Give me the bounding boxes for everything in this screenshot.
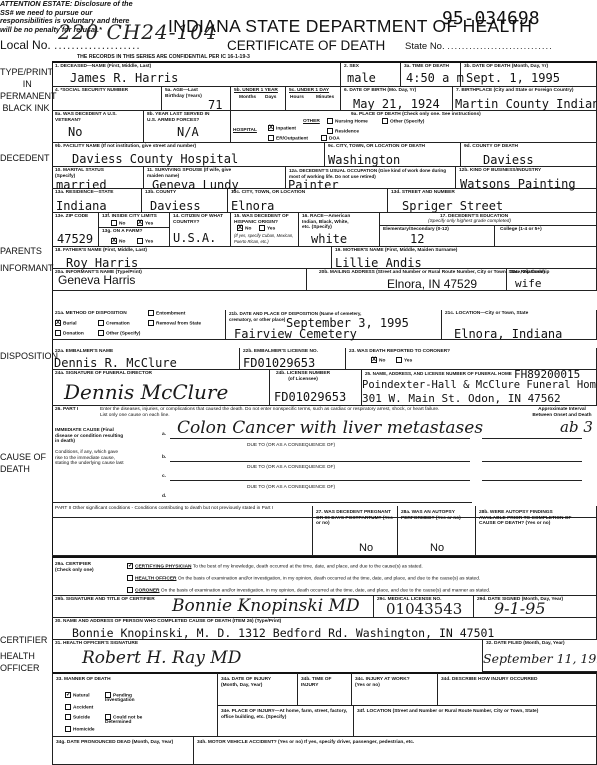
certificate-number: 95-034698	[442, 8, 540, 29]
confidential-note: THE RECORDS IN THIS SERIES ARE CONFIDENT…	[77, 54, 250, 60]
removal-checkbox[interactable]	[148, 320, 154, 326]
farm-yes-checkbox[interactable]	[137, 238, 143, 244]
field-sex[interactable]: 2. SEX male	[341, 63, 401, 87]
field-zip[interactable]: 13e. ZIP CODE 47529	[52, 213, 99, 247]
label: 32. DATE FILED (Month, Day, Year)	[486, 641, 565, 647]
city-limits-yes-checkbox[interactable]: X	[137, 220, 143, 226]
label: 20c. Relationship	[510, 270, 549, 276]
interval-value: ab 3 years	[560, 418, 597, 436]
field-date-pronounced[interactable]: 34g. DATE PRONOUNCED DEAD (Month, Day, Y…	[52, 737, 194, 765]
residence-option[interactable]: Residence	[327, 128, 359, 134]
other-disposition-option[interactable]: Other (Specify)	[98, 330, 140, 336]
field-residence-city[interactable]: 13c. CITY, TOWN, OR LOCATION Elnora	[228, 189, 388, 213]
label: 1. DECEASED—NAME (First, Middle, Last)	[55, 64, 151, 70]
label: Residence	[335, 129, 359, 134]
field-certifier-signature[interactable]: 29b. SIGNATURE AND TITLE OF CERTIFIER Bo…	[52, 596, 374, 618]
city-limits-no-checkbox[interactable]	[111, 220, 117, 226]
label: Nursing Home	[335, 119, 368, 124]
funeral-director-signature: Dennis McClure	[64, 380, 228, 404]
hispanic-yes[interactable]: Yes	[259, 225, 275, 231]
undetermined-checkbox[interactable]	[105, 714, 111, 720]
farm-no[interactable]: XNo	[111, 238, 125, 244]
county-of-death-value: Daviess	[483, 153, 534, 167]
label: 13b. COUNTY	[145, 190, 176, 196]
section-disposition: DISPOSITION	[0, 350, 58, 362]
label: 14. CITIZEN OF WHAT COUNTRY?	[173, 214, 228, 225]
label: DUE TO (OR AS A CONSEQUENCE OF)	[247, 443, 335, 449]
homicide-option[interactable]: Homicide	[65, 726, 95, 732]
field-motor-vehicle-accident[interactable]: 34h. MOTOR VEHICLE ACCIDENT? (Yes or no)…	[194, 737, 597, 765]
label: a.	[162, 432, 166, 438]
suicide-checkbox[interactable]	[65, 714, 71, 720]
funeral-home-address: 301 W. Main St. Odon, IN 47562	[362, 392, 561, 405]
field-mailing-address[interactable]: 20b. MAILING ADDRESS (Street and Number …	[307, 269, 507, 291]
field-funeral-home[interactable]: 25. NAME, ADDRESS, AND LICENSE NUMBER OF…	[362, 370, 597, 406]
field-date-of-injury[interactable]: 34a. DATE OF INJURY (Month, Day, Year)	[218, 672, 298, 706]
donation-option[interactable]: Donation	[55, 330, 84, 336]
field-marital-status[interactable]: 10. MARITAL STATUS (Specify) married	[52, 167, 144, 189]
field-certifier[interactable]: 29a. CERTIFIER (Check only one) ✓CERTIFY…	[52, 556, 597, 596]
label: Burial	[63, 321, 77, 326]
field-education[interactable]: 17. DECEDENT'S EDUCATION (Specify only h…	[380, 213, 597, 247]
state-no-label: State No. .............................	[405, 41, 553, 52]
other-disposition-checkbox[interactable]	[98, 330, 104, 336]
field-street[interactable]: 13d. STREET AND NUMBER Spriger Street	[388, 189, 597, 213]
label: No	[379, 358, 385, 363]
coroner-checkbox[interactable]	[127, 587, 133, 593]
label: 9b. FACILITY NAME (If not institution, g…	[55, 144, 196, 150]
label: Yes	[145, 221, 153, 226]
field-business[interactable]: 12b. KIND OF BUSINESS/INDUSTRY Watsons P…	[456, 167, 597, 189]
label: Months	[239, 95, 256, 101]
label: 15. WAS DECEDENT OF HISPANIC ORIGIN?	[234, 214, 298, 225]
label: DOA	[329, 136, 340, 141]
field-injury-location[interactable]: 34f. LOCATION (Street and Number or Rura…	[354, 706, 597, 737]
cremation-checkbox[interactable]	[98, 320, 104, 326]
inpatient-checkbox[interactable]: X	[268, 125, 274, 131]
label: 21a. METHOD OF DISPOSITION	[55, 311, 127, 317]
coroner-option[interactable]: CORONER On the basis of examination and/…	[127, 587, 490, 593]
field-autopsy-findings[interactable]: 28b. WERE AUTOPSY FINDINGS AVAILABLE PRI…	[476, 506, 597, 556]
label: 13e. ZIP CODE	[55, 214, 88, 220]
field-time-of-death[interactable]: 3a. TIME OF DEATH 4:50 a m	[401, 63, 461, 87]
label: Other (Specify)	[390, 119, 424, 124]
label: Inpatient	[276, 126, 296, 131]
label: 34c. INJURY AT WORK? (Yes or no)	[355, 677, 415, 688]
label: 34b. TIME OF INJURY	[301, 677, 341, 688]
section-certifier: CERTIFIER	[0, 634, 47, 646]
accident-option[interactable]: Accident	[65, 704, 93, 710]
mother-name-value: Lillie Andis	[335, 256, 422, 270]
label: 8a. WAS DECEDENT A U.S. VETERAN?	[55, 112, 125, 123]
label: College (1-4 or 5+)	[500, 227, 542, 233]
field-autopsy[interactable]: 28a. WAS AN AUTOPSY PERFORMED? (Yes or n…	[398, 506, 476, 556]
medical-license-value: 01043543	[386, 600, 462, 618]
field-ssn[interactable]: 4. *SOCIAL SECURITY NUMBER	[52, 87, 162, 111]
street-value: Spriger Street	[402, 199, 503, 213]
city-limits-yes[interactable]: XYes	[137, 220, 153, 226]
field-medical-license[interactable]: 29c. MEDICAL LICENSE NO. 01043543	[374, 596, 474, 618]
field-under-1-day[interactable]: 5c. UNDER 1 DAY Hours Minutes	[286, 87, 341, 111]
label: 24a. SIGNATURE OF FUNERAL DIRECTOR	[55, 371, 152, 377]
field-deceased-name[interactable]: 1. DECEASED—NAME (First, Middle, Last) J…	[52, 63, 341, 87]
label: Yes	[404, 358, 412, 363]
part2-area[interactable]	[52, 518, 312, 556]
label: No	[245, 226, 251, 231]
label: 33. MANNER OF DEATH	[56, 677, 111, 683]
label: c.	[162, 474, 166, 480]
facility-name-value: Daviess County Hospital	[72, 152, 238, 166]
label: DUE TO (OR AS A CONSEQUENCE OF)	[247, 485, 335, 491]
label: 9a. PLACE OF DEATH (Check only one. See …	[351, 112, 481, 118]
er-checkbox[interactable]	[268, 135, 274, 141]
coroner-no-checkbox[interactable]: X	[371, 357, 377, 363]
label: On the basis of examination and/or inves…	[161, 588, 490, 593]
section-parents: PARENTS	[0, 245, 42, 257]
informant-name-value: Geneva Harris	[58, 273, 135, 287]
time-of-death-value: 4:50 a m	[406, 71, 464, 85]
label: 18. FATHER'S NAME (First, Middle, Last)	[55, 248, 147, 254]
hospital-label: HOSPITAL	[233, 128, 257, 133]
label: 22a. EMBALMER'S NAME	[55, 349, 113, 355]
label: On the basis of examination and/or inves…	[178, 576, 480, 581]
label: 13d. STREET AND NUMBER	[391, 190, 455, 196]
label: Yes	[267, 226, 275, 231]
citizenship-value: U.S.A.	[173, 231, 216, 245]
label: (Specify only highest grade completed)	[428, 219, 511, 225]
date-of-birth-value: May 21, 1924	[353, 97, 440, 111]
label: Natural	[73, 693, 90, 698]
burial-option[interactable]: XBurial	[55, 320, 77, 326]
label: 22b. EMBALMER'S LICENSE NO.	[243, 349, 318, 355]
field-residence-county[interactable]: 13b. COUNTY Daviess	[142, 189, 228, 213]
education-value: 12	[410, 232, 424, 246]
field-place-of-death[interactable]: 9a. PLACE OF DEATH (Check only one. See …	[231, 111, 597, 143]
field-embalmer-license[interactable]: 22b. EMBALMER'S LICENSE NO. FD01029653	[240, 348, 346, 370]
label: CERTIFYING PHYSICIAN	[135, 564, 192, 569]
label: Days	[265, 95, 276, 101]
field-veteran[interactable]: 8a. WAS DECEDENT A U.S. VETERAN? No	[52, 111, 144, 143]
label: 19. MOTHER'S NAME (First, Middle, Maiden…	[335, 248, 457, 254]
section-health-officer: HEALTH OFFICER	[0, 650, 40, 674]
funeral-license-value: FD01029653	[274, 390, 346, 404]
field-health-officer-signature[interactable]: 31. HEALTH OFFICER'S SIGNATURE Robert H.…	[52, 640, 532, 672]
residence-checkbox[interactable]	[327, 128, 333, 134]
label: 13f. INSIDE CITY LIMITS	[102, 214, 157, 220]
er-option[interactable]: ER/Outpatient	[268, 135, 308, 141]
hispanic-no-checkbox[interactable]: X	[237, 225, 243, 231]
label: 28a. WAS AN AUTOPSY PERFORMED? (Yes or n…	[401, 510, 471, 521]
label: 23. WAS DEATH REPORTED TO CORONER?	[349, 349, 450, 355]
embalmer-name-value: Dennis R. McClure	[54, 356, 177, 370]
field-disposition-date-place[interactable]: 21b. DATE AND PLACE OF DISPOSITION (Name…	[226, 310, 442, 340]
label: DUE TO (OR AS A CONSEQUENCE OF)	[247, 465, 335, 471]
city-of-death-value: Washington	[328, 153, 400, 167]
field-on-farm[interactable]: 13g. ON A FARM? XNo Yes	[99, 228, 170, 247]
date-of-death-value: Sept. 1, 1995	[466, 71, 560, 85]
pregnant-value: No	[359, 542, 373, 554]
city-limits-no[interactable]: No	[111, 220, 125, 226]
deceased-name-value: James R. Harris	[70, 71, 178, 85]
label: 34h. MOTOR VEHICLE ACCIDENT? (Yes or no)…	[197, 740, 414, 746]
section-informant: INFORMANT	[0, 262, 54, 274]
label: Minutes	[316, 95, 334, 101]
label: 9c. CITY, TOWN, OR LOCATION OF DEATH	[328, 144, 425, 150]
label: 16. RACE—American Indian, Black, White, …	[302, 214, 357, 231]
label: Donation	[63, 331, 84, 336]
disposition-place-value: Fairview Cemetery	[234, 327, 357, 341]
field-residence-state[interactable]: 13a. RESIDENCE—STATE Indiana	[52, 189, 142, 213]
birthplace-value: Martin County Indiana	[455, 97, 597, 111]
field-citizenship[interactable]: 14. CITIZEN OF WHAT COUNTRY? U.S.A.	[170, 213, 231, 247]
field-age[interactable]: 5a. AGE—Last Birthday (Years) 71	[162, 87, 231, 111]
label: 13g. ON A FARM?	[102, 229, 142, 235]
label: Yes	[145, 239, 153, 244]
label: 34d. DESCRIBE HOW INJURY OCCURRED	[441, 677, 537, 683]
label: CORONER	[135, 588, 160, 593]
label: 9d. COUNTY OF DEATH	[464, 144, 518, 150]
residence-city-value: Elnora	[231, 199, 274, 213]
field-funeral-director-signature[interactable]: 24a. SIGNATURE OF FUNERAL DIRECTOR Denni…	[52, 370, 270, 406]
label: 3a. TIME OF DEATH	[404, 64, 449, 70]
field-date-of-death[interactable]: 3b. DATE OF DEATH (Month, Day, Yr) Sept.…	[461, 63, 597, 87]
other-label: OTHER	[303, 119, 320, 124]
zip-value: 47529	[57, 232, 93, 246]
removal-option[interactable]: Removal from State	[148, 320, 201, 326]
race-value: white	[311, 232, 347, 246]
field-father-name[interactable]: 18. FATHER'S NAME (First, Middle, Last) …	[52, 247, 332, 269]
label: 34a. DATE OF INJURY (Month, Day, Year)	[221, 677, 281, 688]
field-disposition-location[interactable]: 21c. LOCATION—City or Town, State Elnora…	[442, 310, 597, 340]
field-mother-name[interactable]: 19. MOTHER'S NAME (First, Middle, Maiden…	[332, 247, 597, 269]
instructions: Enter the diseases, injuries, or complic…	[100, 407, 440, 418]
farm-yes[interactable]: Yes	[137, 238, 153, 244]
label: 2. SEX	[344, 64, 359, 70]
field-surviving-spouse[interactable]: 11. SURVIVING SPOUSE (If wife, give maid…	[144, 167, 286, 189]
label: Other (Specify)	[106, 331, 140, 336]
inpatient-option[interactable]: XInpatient	[268, 125, 296, 131]
disposition-location-value: Elnora, Indiana	[454, 327, 562, 341]
field-embalmer-name[interactable]: 22a. EMBALMER'S NAME Dennis R. McClure	[52, 348, 240, 370]
label: Suicide	[73, 715, 90, 720]
immediate-cause-value: Colon Cancer with liver metastases	[177, 418, 483, 438]
cause-of-death-part1: 26. PART I Enter the diseases, injuries,…	[52, 406, 597, 518]
field-date-signed[interactable]: 29d. DATE SIGNED (Month, Day, Year) 9-1-…	[474, 596, 597, 618]
label: 7. BIRTHPLACE (City and State or Foreign…	[456, 88, 574, 94]
field-place-of-injury[interactable]: 34e. PLACE OF INJURY—At home, farm, stre…	[218, 706, 354, 737]
sex-value: male	[347, 71, 376, 85]
pending-checkbox[interactable]	[105, 692, 111, 698]
section-cause-of-death: CAUSE OF DEATH	[0, 451, 46, 475]
label: 21c. LOCATION—City or Town, State	[445, 311, 528, 317]
label: 26. PART I	[55, 407, 78, 413]
label: 8b. YEAR LAST SERVED IN U.S. ARMED FORCE…	[147, 112, 217, 123]
label: 29b. SIGNATURE AND TITLE OF CERTIFIER	[55, 597, 155, 603]
field-date-of-birth[interactable]: 6. DATE OF BIRTH (Mo. Day, Yr) May 21, 1…	[341, 87, 453, 111]
health-officer-signature: Robert H. Ray MD	[82, 648, 241, 668]
doa-checkbox[interactable]	[321, 135, 327, 141]
entombment-option[interactable]: Entombment	[148, 310, 185, 316]
certificate-title: CERTIFICATE OF DEATH	[227, 38, 385, 53]
residence-county-value: Daviess	[150, 199, 201, 213]
label: 24b. LICENSE NUMBER (of Licensee)	[273, 371, 333, 382]
label: 28b. WERE AUTOPSY FINDINGS AVAILABLE PRI…	[479, 510, 579, 527]
funeral-home-name: Poindexter-Hall & McClure Funeral Home	[362, 379, 597, 391]
burial-checkbox[interactable]: X	[55, 320, 61, 326]
label: Removal from State	[156, 321, 201, 326]
doa-option[interactable]: DOA	[321, 135, 340, 141]
field-manner-of-death[interactable]: 33. MANNER OF DEATH ✓Natural Accident Su…	[52, 672, 218, 737]
label: Entombment	[156, 311, 185, 316]
label: d.	[162, 494, 166, 500]
field-date-filed[interactable]: 32. DATE FILED (Month, Day, Year) Septem…	[482, 640, 597, 672]
accident-checkbox[interactable]	[65, 704, 71, 710]
homicide-checkbox[interactable]	[65, 726, 71, 732]
hispanic-yes-checkbox[interactable]	[259, 225, 265, 231]
label: 34e. PLACE OF INJURY—At home, farm, stre…	[221, 709, 351, 720]
label: Cremation	[106, 321, 130, 326]
label: Accident	[73, 705, 93, 710]
natural-option[interactable]: ✓Natural	[65, 692, 90, 698]
section-decedent: DECEDENT	[0, 152, 50, 164]
field-city-of-death[interactable]: 9c. CITY, TOWN, OR LOCATION OF DEATH Was…	[325, 143, 461, 167]
coroner-yes[interactable]: Yes	[396, 357, 412, 363]
label: 4. *SOCIAL SECURITY NUMBER	[55, 88, 128, 94]
label: 30. NAME AND ADDRESS OF PERSON WHO COMPL…	[55, 619, 281, 625]
other-checkbox[interactable]	[382, 118, 388, 124]
hispanic-no[interactable]: XNo	[237, 225, 251, 231]
label: 13a. RESIDENCE—STATE	[55, 190, 113, 196]
field-under-1-year[interactable]: 5b. UNDER 1 YEAR Months Days	[231, 87, 286, 111]
relationship-value: wife	[515, 277, 542, 290]
date-signed-value: 9-1-95	[494, 599, 546, 618]
field-facility-name[interactable]: 9b. FACILITY NAME (If not institution, g…	[52, 143, 325, 167]
label: 27. WAS DECEDENT PREGNANT OR 90 DAYS POS…	[316, 510, 394, 527]
year-served-value: N/A	[177, 125, 199, 139]
field-inside-city-limits[interactable]: 13f. INSIDE CITY LIMITS No XYes	[99, 213, 170, 228]
nursing-checkbox[interactable]	[327, 118, 333, 124]
veteran-value: No	[68, 125, 82, 139]
field-relationship[interactable]: 20c. Relationship wife	[507, 269, 597, 291]
completed-by-value: Bonnie Knopinski, M. D. 1312 Bedford Rd.…	[72, 626, 494, 640]
label: Hours	[290, 95, 304, 101]
other-specify-option[interactable]: Other (Specify)	[382, 118, 424, 124]
field-coroner-reported[interactable]: 23. WAS DEATH REPORTED TO CORONER? XNo Y…	[346, 348, 597, 370]
label: No	[119, 239, 125, 244]
coroner-no[interactable]: XNo	[371, 357, 385, 363]
label: (If yes, specify Cuban, Mexican, Puerto …	[234, 233, 298, 244]
label: IMMEDIATE CAUSE (Final disease or condit…	[55, 428, 125, 445]
physician-checkbox[interactable]: ✓	[127, 563, 133, 569]
field-occupation[interactable]: 12a. DECEDENT'S USUAL OCCUPATION (Give k…	[286, 167, 456, 189]
label: 34f. LOCATION (Street and Number or Rura…	[357, 709, 538, 715]
residence-state-value: Indiana	[56, 199, 107, 213]
label: 25. NAME, ADDRESS, AND LICENSE NUMBER OF…	[365, 371, 512, 377]
field-funeral-license[interactable]: 24b. LICENSE NUMBER (of Licensee) FD0102…	[270, 370, 362, 406]
field-time-of-injury[interactable]: 34b. TIME OF INJURY	[298, 672, 352, 706]
label: Conditions, if any, which gave rise to t…	[55, 450, 125, 467]
cremation-option[interactable]: Cremation	[98, 320, 130, 326]
label: 6. DATE OF BIRTH (Mo. Day, Yr)	[344, 88, 416, 94]
label: b.	[162, 455, 166, 461]
label: 3b. DATE OF DEATH (Month, Day, Yr)	[464, 64, 548, 70]
certifier-signature: Bonnie Knopinski MD	[172, 596, 360, 616]
label: 12b. KIND OF BUSINESS/INDUSTRY	[459, 168, 541, 174]
field-county-of-death[interactable]: 9d. COUNTY OF DEATH Daviess	[461, 143, 597, 167]
field-completed-by[interactable]: 30. NAME AND ADDRESS OF PERSON WHO COMPL…	[52, 618, 597, 640]
donation-checkbox[interactable]	[55, 330, 61, 336]
health-officer-option[interactable]: HEALTH OFFICER On the basis of examinati…	[127, 575, 480, 581]
field-hispanic-origin[interactable]: 15. WAS DECEDENT OF HISPANIC ORIGIN? XNo…	[231, 213, 299, 247]
field-birthplace[interactable]: 7. BIRTHPLACE (City and State or Foreign…	[453, 87, 597, 111]
label: 34g. DATE PRONOUNCED DEAD (Month, Day, Y…	[56, 740, 173, 746]
health-officer-checkbox[interactable]	[127, 575, 133, 581]
label: 5c. UNDER 1 DAY	[289, 88, 329, 94]
label: 29a. CERTIFIER (Check only one)	[55, 562, 105, 573]
field-year-served[interactable]: 8b. YEAR LAST SERVED IN U.S. ARMED FORCE…	[144, 111, 231, 143]
part2-label: PART II Other significant conditions - C…	[55, 506, 273, 512]
date-filed-value: September 11, 1995	[483, 651, 597, 666]
age-value: 71	[208, 98, 222, 112]
label: To the best of my knowledge, death occur…	[193, 564, 423, 569]
undetermined-option[interactable]: Could not be Determined	[105, 714, 155, 725]
label: Approximate Interval Between Onset and D…	[532, 407, 592, 418]
embalmer-license-value: FD01029653	[243, 356, 315, 370]
field-pregnant[interactable]: 27. WAS DECEDENT PREGNANT OR 90 DAYS POS…	[312, 506, 398, 556]
field-race[interactable]: 16. RACE—American Indian, Black, White, …	[299, 213, 380, 247]
label: Homicide	[73, 727, 95, 732]
father-name-value: Roy Harris	[66, 256, 138, 270]
nursing-option[interactable]: Nursing Home	[327, 118, 368, 124]
field-informant-name[interactable]: 20a. INFORMANT'S NAME (Type/Print) Genev…	[52, 269, 307, 291]
pending-option[interactable]: Pending Investigation	[105, 692, 155, 703]
label: ER/Outpatient	[276, 136, 308, 141]
label: No	[119, 221, 125, 226]
natural-checkbox[interactable]: ✓	[65, 692, 71, 698]
label: 13c. CITY, TOWN, OR LOCATION	[231, 190, 305, 196]
label: HEALTH OFFICER	[135, 576, 176, 581]
farm-no-checkbox[interactable]: X	[111, 238, 117, 244]
field-injury-at-work[interactable]: 34c. INJURY AT WORK? (Yes or no)	[352, 672, 438, 706]
type-print-note: TYPE/PRINT IN PERMANENT BLACK INK	[0, 66, 52, 114]
coroner-yes-checkbox[interactable]	[396, 357, 402, 363]
field-injury-description[interactable]: 34d. DESCRIBE HOW INJURY OCCURRED	[438, 672, 597, 706]
suicide-option[interactable]: Suicide	[65, 714, 90, 720]
entombment-checkbox[interactable]	[148, 310, 154, 316]
label: 31. HEALTH OFFICER'S SIGNATURE	[55, 641, 138, 647]
mailing-address-value: Elnora, IN 47529	[387, 277, 477, 291]
label: 5b. UNDER 1 YEAR	[234, 88, 278, 94]
certifying-physician-option[interactable]: ✓CERTIFYING PHYSICIAN To the best of my …	[127, 563, 423, 569]
autopsy-value: No	[430, 542, 444, 554]
field-disposition-method[interactable]: 21a. METHOD OF DISPOSITION Entombment XB…	[52, 310, 226, 340]
